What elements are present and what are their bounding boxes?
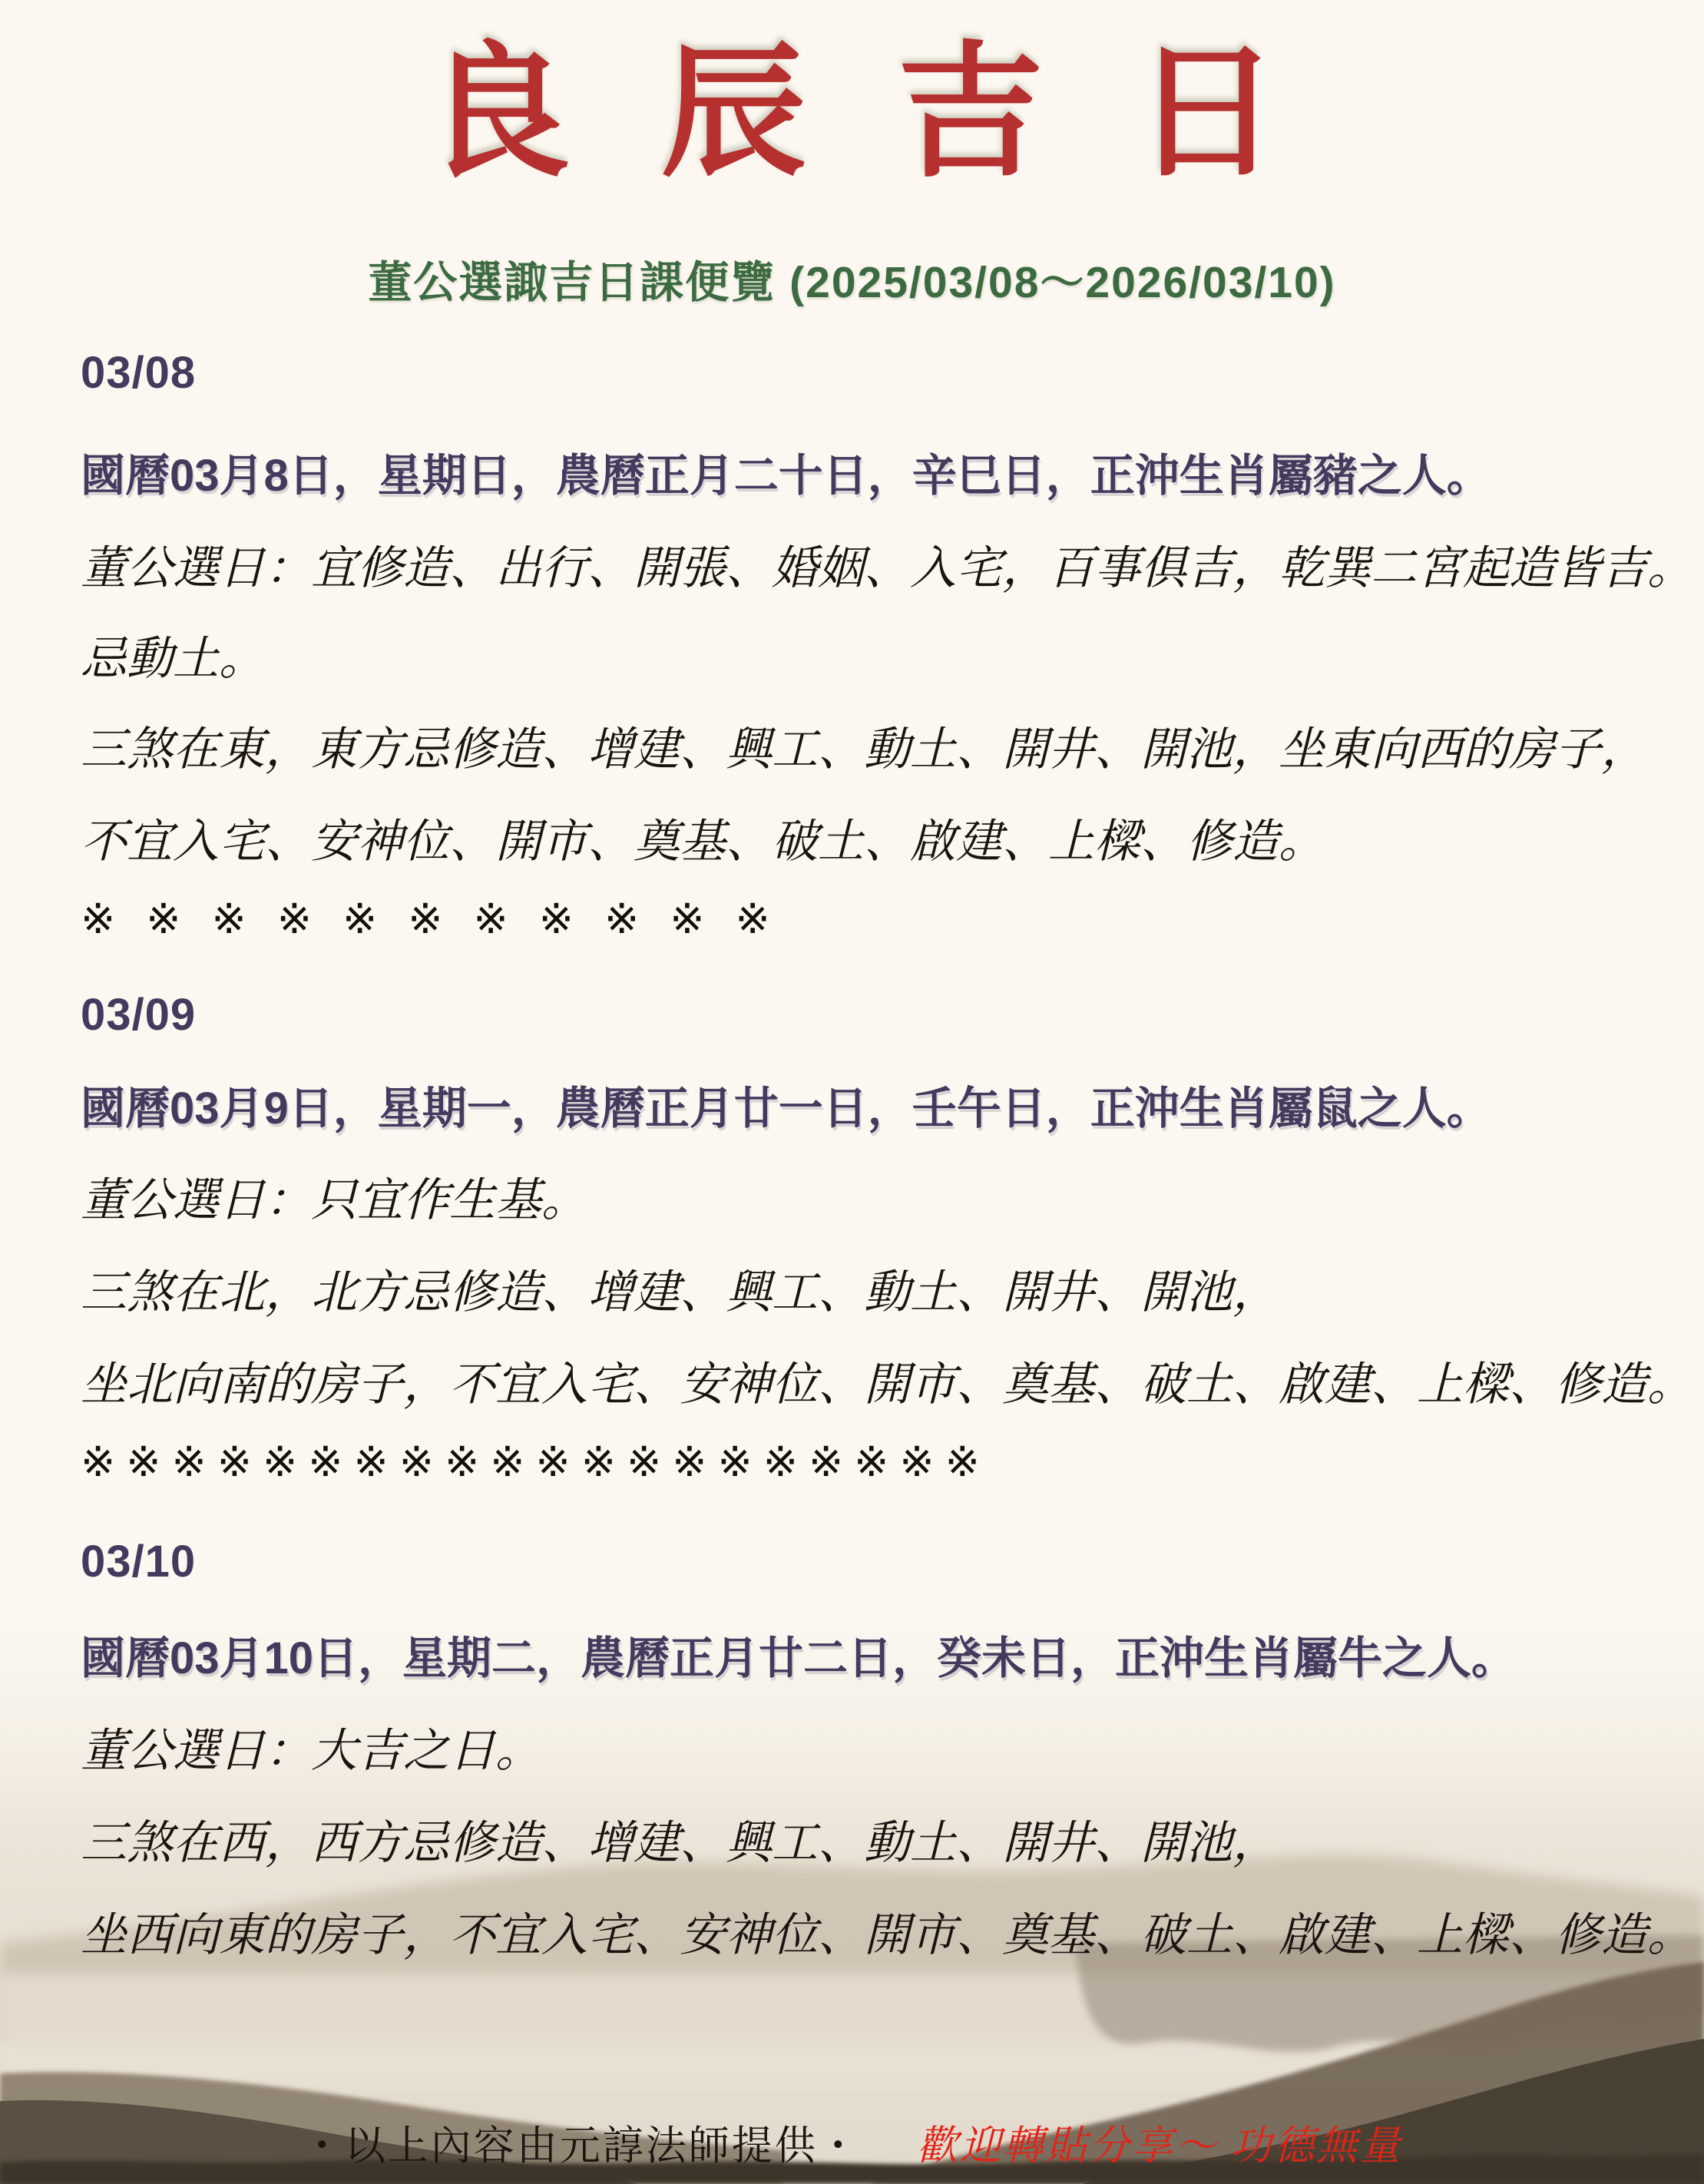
poster-title: 良辰吉日 xyxy=(0,37,1704,190)
body-line: 坐西向東的房子，不宜入宅、安神位、開市、奠基、破土、啟建、上樑、修造。 xyxy=(81,1898,1693,1964)
body-line: 董公選日：只宜作生基。 xyxy=(81,1163,587,1229)
section-date: 03/08 xyxy=(81,347,196,399)
body-line: 忌動土。 xyxy=(81,622,265,688)
separator-row: ※※※※※※※※※※※※※※※※※※※※ xyxy=(81,1438,991,1486)
poster-subtitle: 董公選諏吉日課便覽 (2025/03/08～2026/03/10) xyxy=(0,247,1704,310)
lunar-info-line: 國曆03月8日，星期日，農曆正月二十日，辛巳日，正沖生肖屬豬之人。 xyxy=(81,439,1491,504)
separator-row: ※※※※※※※※※※※ xyxy=(81,895,801,943)
footer-share-note: 歡迎轉貼分享～ 功德無量 xyxy=(917,2124,1402,2169)
body-line: 三煞在東，東方忌修造、增建、興工、動土、開井、開池，坐東向西的房子， xyxy=(81,713,1647,779)
section-date: 03/09 xyxy=(81,989,196,1041)
footer: ・以上內容由元諄法師提供・ 歡迎轉貼分享～ 功德無量 xyxy=(0,2113,1704,2172)
body-line: 董公選日：大吉之日。 xyxy=(81,1714,541,1780)
lunar-info-line: 國曆03月9日，星期一，農曆正月廿一日，壬午日，正沖生肖屬鼠之人。 xyxy=(81,1072,1491,1137)
poster: 良辰吉日 董公選諏吉日課便覽 (2025/03/08～2026/03/10) 0… xyxy=(0,0,1704,2184)
body-line: 坐北向南的房子，不宜入宅、安神位、開市、奠基、破土、啟建、上樑、修造。 xyxy=(81,1348,1693,1414)
section-date: 03/10 xyxy=(81,1536,196,1587)
body-line: 三煞在北，北方忌修造、增建、興工、動土、開井、開池， xyxy=(81,1256,1279,1322)
lunar-info-line: 國曆03月10日，星期二，農曆正月廿二日，癸未日，正沖生肖屬牛之人。 xyxy=(81,1622,1516,1686)
footer-provider-note: ・以上內容由元諄法師提供・ xyxy=(302,2124,861,2169)
body-line: 董公選日：宜修造、出行、開張、婚姻、入宅，百事俱吉，乾巽二宮起造皆吉。 xyxy=(81,531,1693,597)
body-line: 三煞在西，西方忌修造、增建、興工、動土、開井、開池， xyxy=(81,1806,1279,1872)
body-line: 不宜入宅、安神位、開市、奠基、破土、啟建、上樑、修造。 xyxy=(81,805,1325,871)
